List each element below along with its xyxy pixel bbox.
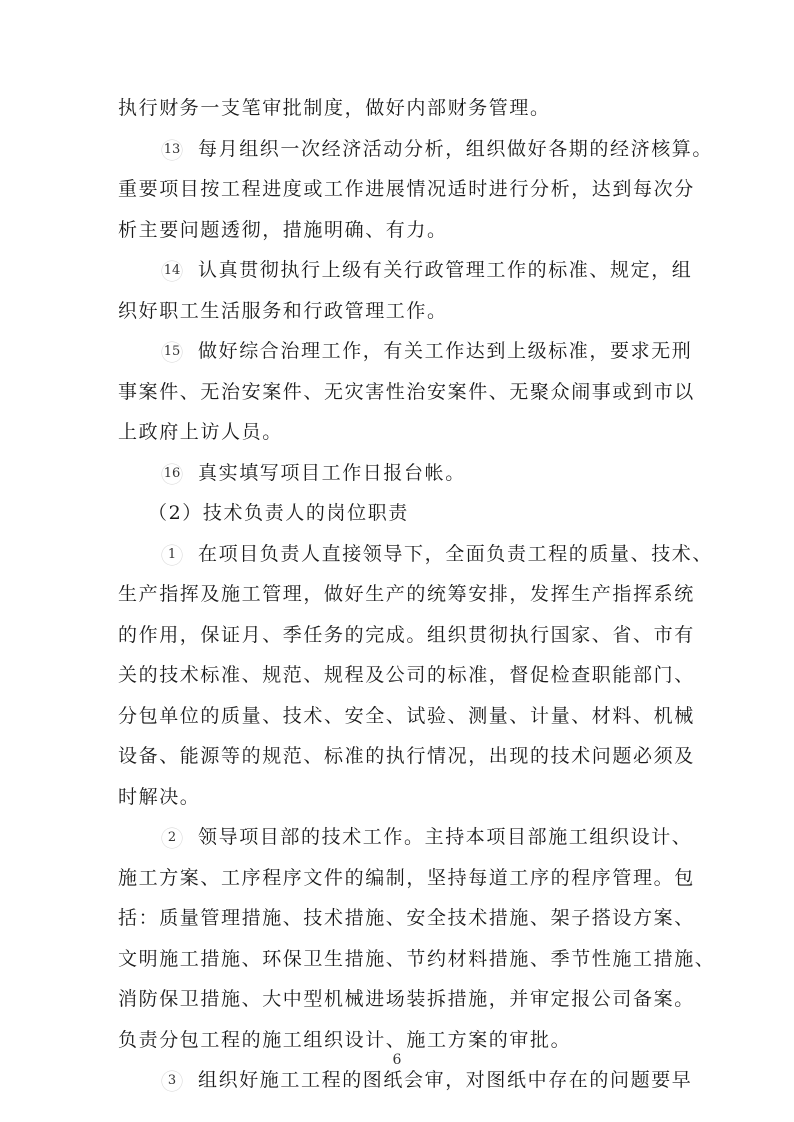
text-line: 消防保卫措施、大中型机械进场装拆措施，并审定报公司备案。 [118, 979, 674, 1020]
line-text: 生产指挥及施工管理，做好生产的统筹安排，发挥生产指挥系统 [118, 583, 695, 605]
line-text: 消防保卫措施、大中型机械进场装拆措施，并审定报公司备案。 [118, 988, 695, 1010]
item-number-circle: 15 [162, 342, 182, 362]
line-text: 的作用，保证月、季任务的完成。组织贯彻执行国家、省、市有 [118, 624, 695, 646]
text-line: 13每月组织一次经济活动分析，组织做好各期的经济核算。 [118, 129, 674, 170]
body-text: 执行财务一支笔审批制度，做好内部财务管理。13每月组织一次经济活动分析，组织做好… [118, 88, 674, 1101]
item-number-circle: 3 [162, 1071, 182, 1091]
line-text: 组织好施工工程的图纸会审，对图纸中存在的问题要早 [198, 1069, 692, 1091]
line-text: 做好综合治理工作，有关工作达到上级标准，要求无刑 [198, 340, 692, 362]
line-text: 负责分包工程的施工组织设计、施工方案的审批。 [118, 1029, 571, 1051]
line-text: 分包单位的质量、技术、安全、试验、测量、计量、材料、机械 [118, 705, 695, 727]
document-page: 执行财务一支笔审批制度，做好内部财务管理。13每月组织一次经济活动分析，组织做好… [0, 0, 794, 1122]
line-text: 文明施工措施、环保卫生措施、节约材料措施、季节性施工措施、 [118, 948, 715, 970]
line-text: 在项目负责人直接领导下，全面负责工程的质量、技术、 [198, 543, 713, 565]
text-line: 织好职工生活服务和行政管理工作。 [118, 291, 674, 332]
text-line: 执行财务一支笔审批制度，做好内部财务管理。 [118, 88, 674, 129]
text-line: 1在项目负责人直接领导下，全面负责工程的质量、技术、 [118, 534, 674, 575]
text-line: 时解决。 [118, 777, 674, 818]
item-number-circle: 2 [162, 828, 182, 848]
page-number: 6 [0, 1052, 794, 1068]
line-text: 认真贯彻执行上级有关行政管理工作的标准、规定，组 [198, 259, 692, 281]
line-text: 设备、能源等的规范、标准的执行情况，出现的技术问题必须及 [118, 745, 695, 767]
text-line: 括：质量管理措施、技术措施、安全技术措施、架子搭设方案、 [118, 898, 674, 939]
text-line: 施工方案、工序程序文件的编制，坚持每道工序的程序管理。包 [118, 858, 674, 899]
text-line: 设备、能源等的规范、标准的执行情况，出现的技术问题必须及 [118, 736, 674, 777]
text-line: 事案件、无治安案件、无灾害性治安案件、无聚众闹事或到市以 [118, 372, 674, 413]
text-line: 关的技术标准、规范、规程及公司的标准，督促检查职能部门、 [118, 655, 674, 696]
line-text: 上政府上访人员。 [118, 421, 283, 443]
item-number-circle: 1 [162, 545, 182, 565]
section-heading: （2）技术负责人的岗位职责 [118, 493, 674, 534]
line-text: 执行财务一支笔审批制度，做好内部财务管理。 [118, 97, 551, 119]
text-line: 上政府上访人员。 [118, 412, 674, 453]
text-line: 2领导项目部的技术工作。主持本项目部施工组织设计、 [118, 817, 674, 858]
text-line: 分包单位的质量、技术、安全、试验、测量、计量、材料、机械 [118, 696, 674, 737]
line-text: 每月组织一次经济活动分析，组织做好各期的经济核算。 [198, 138, 713, 160]
line-text: 事案件、无治安案件、无灾害性治安案件、无聚众闹事或到市以 [118, 381, 695, 403]
line-text: 析主要问题透彻，措施明确、有力。 [118, 219, 448, 241]
text-line: 文明施工措施、环保卫生措施、节约材料措施、季节性施工措施、 [118, 939, 674, 980]
item-number-circle: 13 [162, 140, 182, 160]
line-text: 关的技术标准、规范、规程及公司的标准，督促检查职能部门、 [118, 664, 695, 686]
text-line: 析主要问题透彻，措施明确、有力。 [118, 210, 674, 251]
item-number-circle: 14 [162, 261, 182, 281]
line-text: 织好职工生活服务和行政管理工作。 [118, 300, 448, 322]
text-line: 重要项目按工程进度或工作进展情况适时进行分析，达到每次分 [118, 169, 674, 210]
text-line: 的作用，保证月、季任务的完成。组织贯彻执行国家、省、市有 [118, 615, 674, 656]
line-text: 时解决。 [118, 786, 200, 808]
item-number-circle: 16 [162, 464, 182, 484]
text-line: 15做好综合治理工作，有关工作达到上级标准，要求无刑 [118, 331, 674, 372]
line-text: 施工方案、工序程序文件的编制，坚持每道工序的程序管理。包 [118, 867, 695, 889]
line-text: 括：质量管理措施、技术措施、安全技术措施、架子搭设方案、 [118, 907, 695, 929]
text-line: 16真实填写项目工作日报台帐。 [118, 453, 674, 494]
line-text: 重要项目按工程进度或工作进展情况适时进行分析，达到每次分 [118, 178, 695, 200]
text-line: 14认真贯彻执行上级有关行政管理工作的标准、规定，组 [118, 250, 674, 291]
line-text: 真实填写项目工作日报台帐。 [198, 462, 466, 484]
line-text: 领导项目部的技术工作。主持本项目部施工组织设计、 [198, 826, 692, 848]
text-line: 生产指挥及施工管理，做好生产的统筹安排，发挥生产指挥系统 [118, 574, 674, 615]
